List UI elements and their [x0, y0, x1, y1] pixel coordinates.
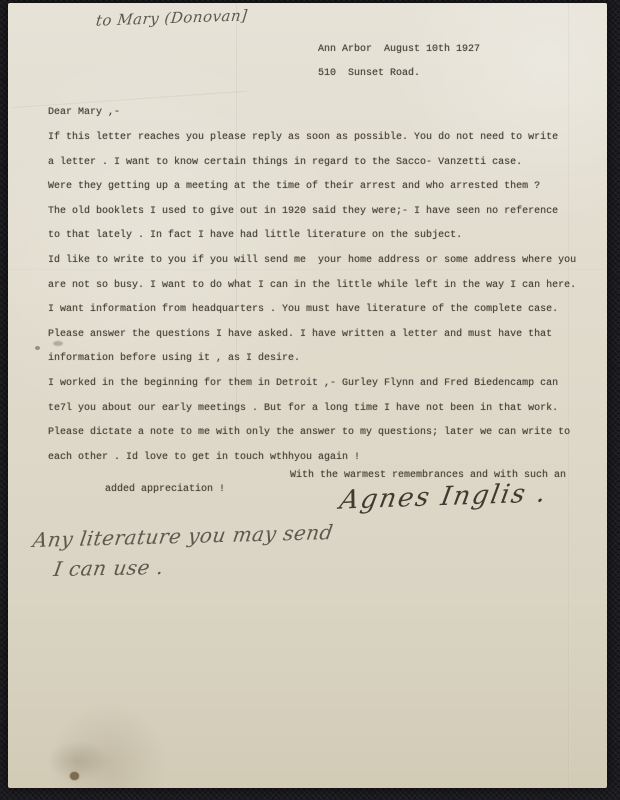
- address-line: 510 Sunset Road.: [318, 68, 420, 79]
- body-line: a letter . I want to know certain things…: [48, 156, 576, 181]
- body-line: Please dictate a note to me with only th…: [48, 426, 576, 451]
- closing-line-2: added appreciation !: [105, 484, 225, 495]
- body-line: I worked in the beginning for them in De…: [48, 377, 576, 402]
- salutation: Dear Mary ,-: [48, 107, 120, 118]
- postscript-line-2: I can use .: [52, 555, 166, 581]
- paper-stain-dot: [70, 772, 79, 780]
- dateline: Ann Arbor August 10th 1927: [318, 44, 480, 55]
- pencil-speck: [35, 346, 40, 350]
- body-line: Please answer the questions I have asked…: [48, 328, 576, 353]
- body-line: te7l you about our early meetings . But …: [48, 402, 576, 427]
- body-line: to that lately . In fact I have had litt…: [48, 229, 576, 254]
- body-line: The old booklets I used to give out in 1…: [48, 205, 576, 230]
- letter-body: If this letter reaches you please reply …: [48, 131, 576, 475]
- body-line: Id like to write to you if you will send…: [48, 254, 576, 279]
- letter-scan: to Mary (Donovan] Ann Arbor August 10th …: [0, 0, 620, 800]
- body-line: I want information from headquarters . Y…: [48, 303, 576, 328]
- body-line: information before using it , as I desir…: [48, 352, 576, 377]
- body-line: are not so busy. I want to do what I can…: [48, 279, 576, 304]
- body-line: If this letter reaches you please reply …: [48, 131, 576, 156]
- body-line: Were they getting up a meeting at the ti…: [48, 180, 576, 205]
